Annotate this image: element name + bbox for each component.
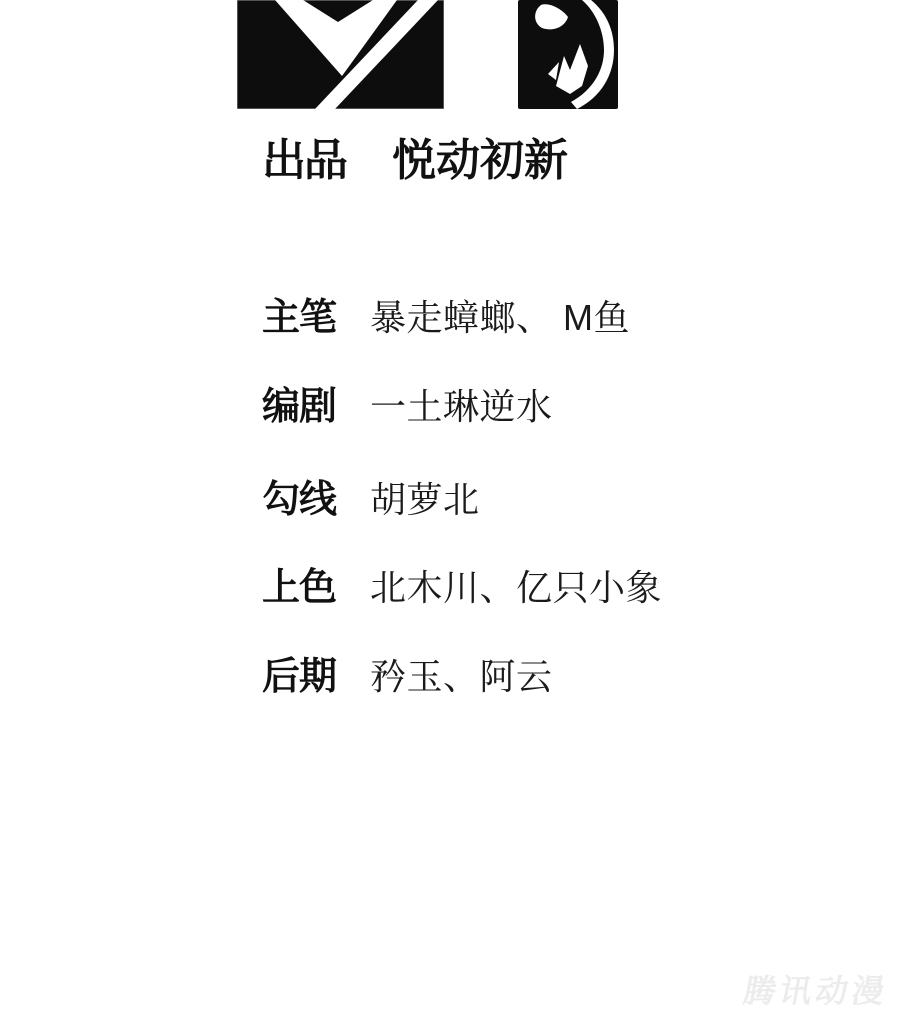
credit-row-lead-artist: 主笔暴走蟑螂、 M鱼 [262, 299, 630, 337]
producer-line: 出品悦动初新 [262, 139, 568, 183]
comic-credits-page: 出品悦动初新 主笔暴走蟑螂、 M鱼 编剧一土琳逆水 勾线胡萝北 上色北木川、亿只… [0, 0, 900, 1019]
credit-role-label: 勾线 [262, 481, 370, 519]
y-monogram-logo [237, 0, 444, 109]
credit-row-coloring: 上色北木川、亿只小象 [262, 569, 662, 607]
tencent-comics-watermark: 腾讯动漫 [741, 975, 891, 1007]
fox-mascot-logo [518, 0, 618, 109]
producer-name: 悦动初新 [392, 136, 568, 185]
credit-row-screenwriter: 编剧一土琳逆水 [262, 388, 553, 426]
credit-names: 胡萝北 [370, 479, 480, 520]
credit-role-label: 主笔 [262, 299, 370, 337]
credit-names: 一土琳逆水 [370, 386, 553, 427]
credit-names: 暴走蟑螂、 M鱼 [370, 297, 630, 338]
credit-names: 矜玉、阿云 [370, 656, 553, 697]
credit-row-post-production: 后期矜玉、阿云 [262, 658, 553, 696]
credit-row-lineart: 勾线胡萝北 [262, 481, 480, 519]
credit-role-label: 上色 [262, 569, 370, 607]
credit-names: 北木川、亿只小象 [370, 567, 662, 608]
credit-role-label: 编剧 [262, 388, 370, 426]
credit-role-label: 后期 [262, 658, 370, 696]
producer-label: 出品 [262, 139, 392, 183]
